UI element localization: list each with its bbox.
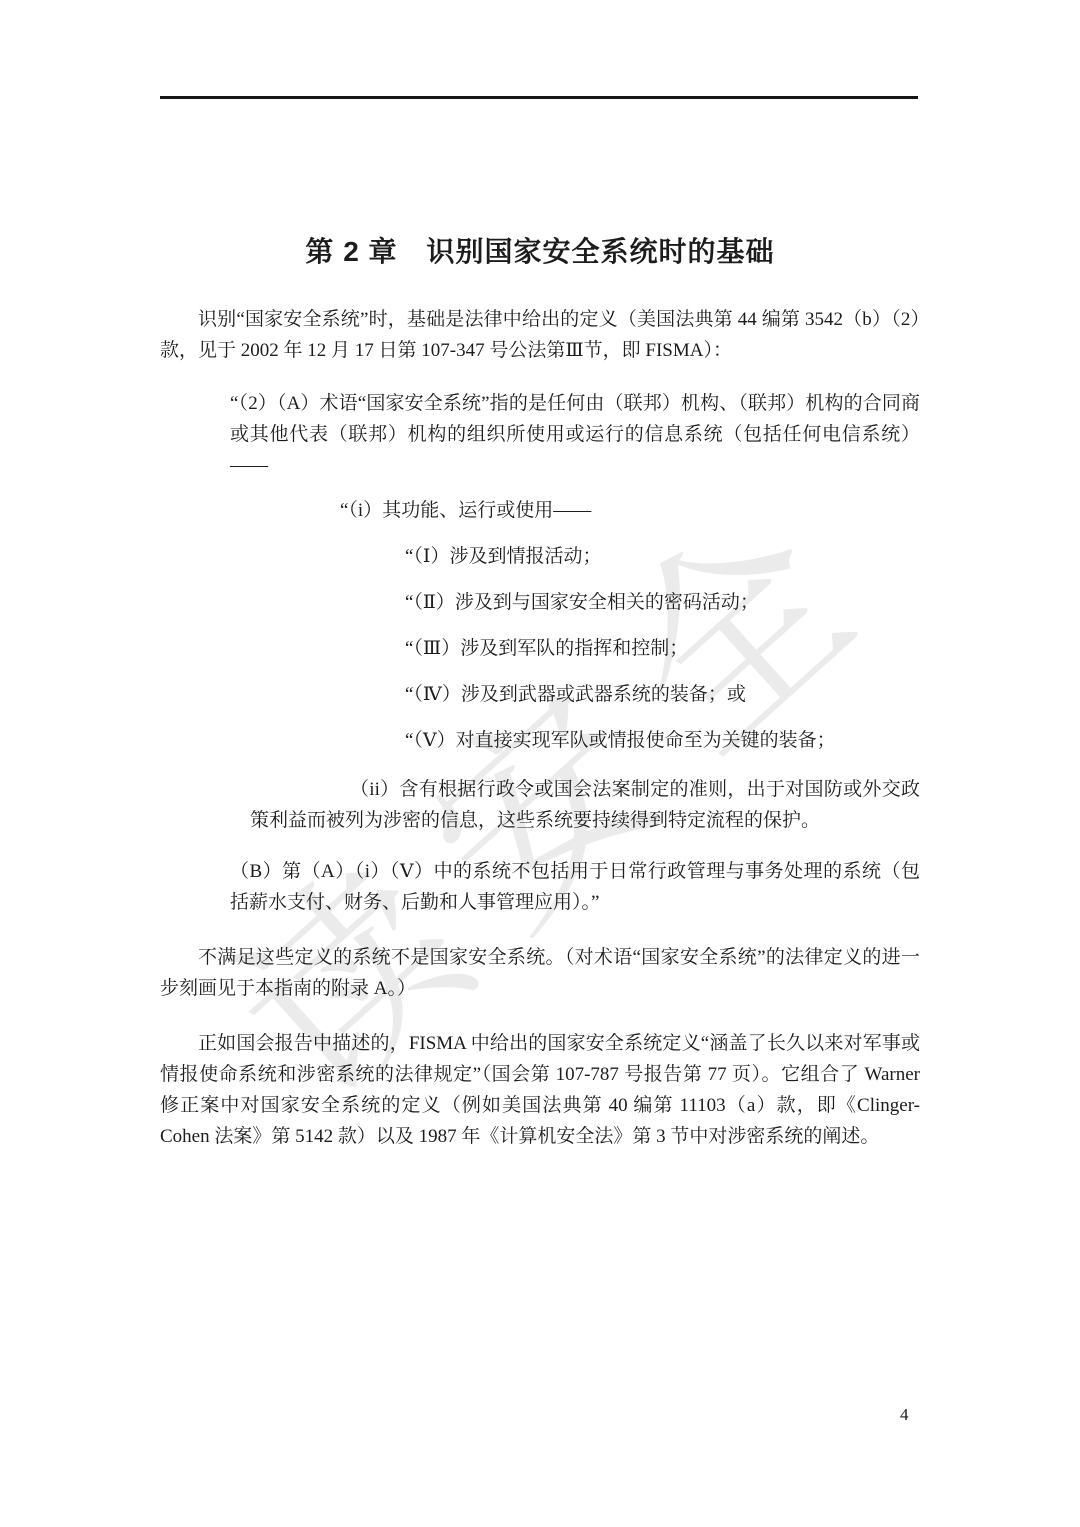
page-content: 第 2 章 识别国家安全系统时的基础 识别“国家安全系统”时，基础是法律中给出的…	[160, 230, 920, 1152]
paragraph-intro: 识别“国家安全系统”时，基础是法律中给出的定义（美国法典第 44 编第 3542…	[160, 304, 920, 366]
quote-subitem-4: “（Ⅳ）涉及到武器或武器系统的装备；或	[405, 679, 920, 710]
header-rule	[160, 96, 918, 99]
quote-subitem-5: “（Ⅴ）对直接实现军队或情报使命至为关键的装备；	[405, 725, 920, 756]
quote-subitem-3: “（Ⅲ）涉及到军队的指挥和控制；	[405, 633, 920, 664]
quote-paragraph-2a: “（2）（A）术语“国家安全系统”指的是任何由（联邦）机构、（联邦）机构的合同商…	[230, 388, 920, 481]
document-page: 读安全 第 2 章 识别国家安全系统时的基础 识别“国家安全系统”时，基础是法律…	[0, 0, 1080, 1527]
quote-item-ii: （ii）含有根据行政令或国会法案制定的准则，出于对国防或外交政策利益而被列为涉密…	[250, 774, 920, 836]
paragraph-note: 不满足这些定义的系统不是国家安全系统。（对术语“国家安全系统”的法律定义的进一步…	[160, 942, 920, 1004]
page-number: 4	[900, 1405, 909, 1425]
quote-paragraph-b: （B）第（A）（i）（Ⅴ）中的系统不包括用于日常行政管理与事务处理的系统（包括薪…	[230, 856, 920, 918]
quote-item-i: “（i）其功能、运行或使用——	[340, 495, 920, 526]
chapter-title: 第 2 章 识别国家安全系统时的基础	[160, 230, 920, 270]
quote-subitem-1: “（Ⅰ）涉及到情报活动；	[405, 541, 920, 572]
quote-subitem-2: “（Ⅱ）涉及到与国家安全相关的密码活动；	[405, 587, 920, 618]
paragraph-closing: 正如国会报告中描述的，FISMA 中给出的国家安全系统定义“涵盖了长久以来对军事…	[160, 1028, 920, 1152]
